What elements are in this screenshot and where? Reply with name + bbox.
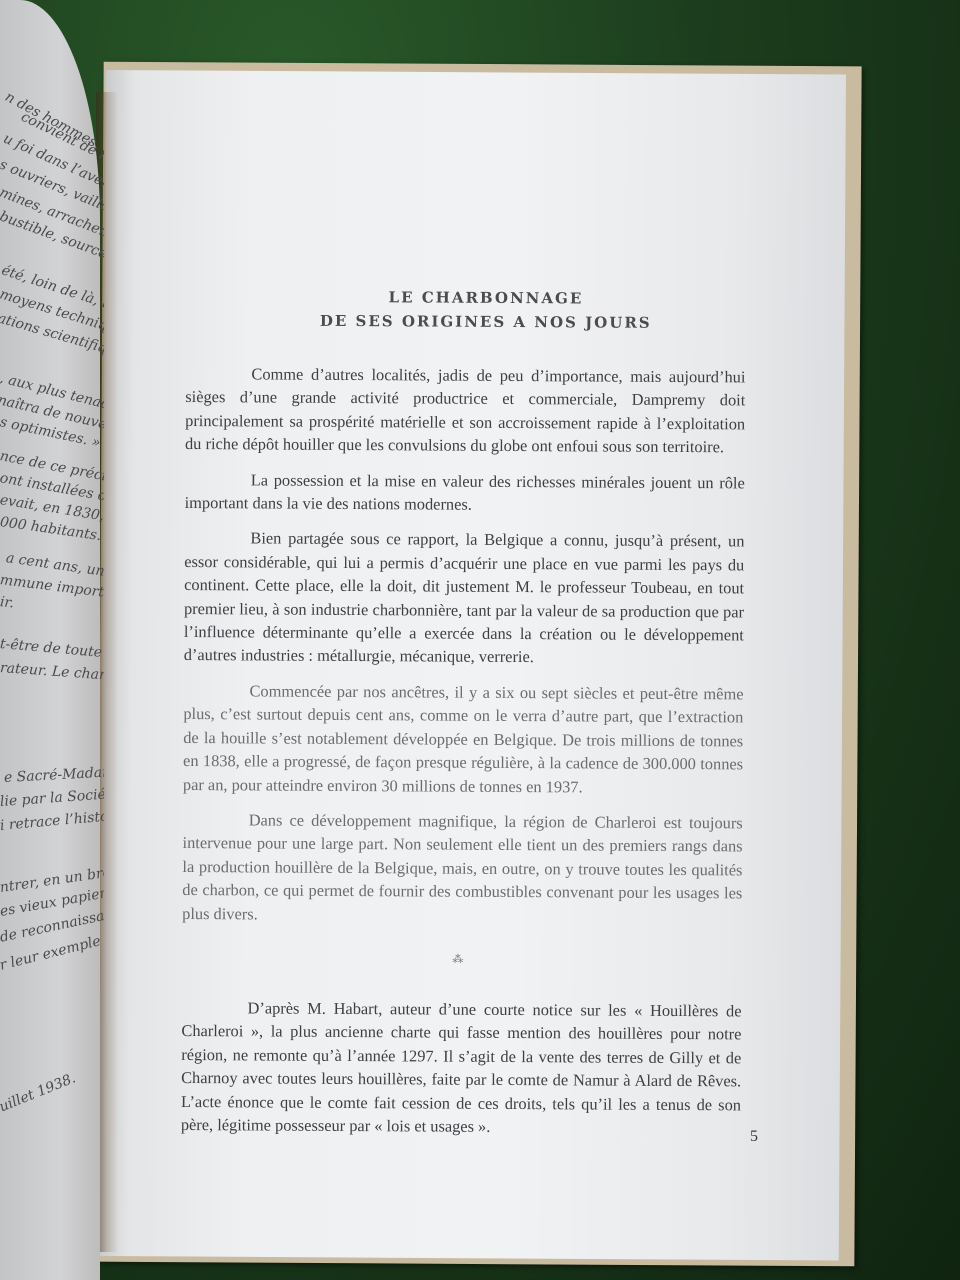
asterism-separator: ⁂ — [174, 953, 742, 965]
left-page-text: n des hommes, bien convient de rendre u … — [0, 0, 104, 1280]
chapter-title: LE CHARBONNAGE DE SES ORIGINES A NOS JOU… — [186, 284, 746, 335]
paragraph: Dans ce développement magnifique, la rég… — [182, 808, 743, 928]
paragraph-text: La possession et la mise en valeur des r… — [185, 470, 745, 514]
title-line-2: DE SES ORIGINES A NOS JOURS — [226, 308, 746, 335]
left-line: t-être de toute la — [0, 636, 104, 662]
left-line: rateur. Le charbon — [0, 660, 104, 685]
paragraph: Commencée par nos ancêtres, il y a six o… — [183, 679, 744, 799]
left-line: e Sacré-Madame — [4, 764, 104, 786]
paragraph-text: D’après M. Habart, auteur d’une courte n… — [181, 998, 742, 1136]
left-line: i retrace l’histoire — [0, 807, 104, 834]
page-number: 5 — [750, 1128, 758, 1146]
paragraph: Bien partagée sous ce rapport, la Belgiq… — [184, 526, 745, 670]
left-line: lie par la Société — [0, 786, 104, 810]
left-line: ir. — [0, 594, 15, 611]
left-line: uillet 1938. — [0, 1070, 78, 1115]
paragraph: Comme d’autres localités, jadis de peu d… — [185, 362, 746, 459]
paragraph: La possession et la mise en valeur des r… — [185, 468, 745, 518]
paragraph-text: Comme d’autres localités, jadis de peu d… — [185, 364, 746, 456]
paragraph-text: Dans ce développement magnifique, la rég… — [182, 810, 743, 923]
title-line-1: LE CHARBONNAGE — [226, 284, 746, 311]
paragraph-text: Commencée par nos ancêtres, il y a six o… — [183, 681, 744, 796]
page-content: LE CHARBONNAGE DE SES ORIGINES A NOS JOU… — [181, 284, 746, 1140]
paragraph-text: Bien partagée sous ce rapport, la Belgiq… — [184, 529, 745, 667]
left-page: n des hommes, bien convient de rendre u … — [0, 0, 100, 1280]
paragraph: D’après M. Habart, auteur d’une courte n… — [181, 996, 742, 1140]
